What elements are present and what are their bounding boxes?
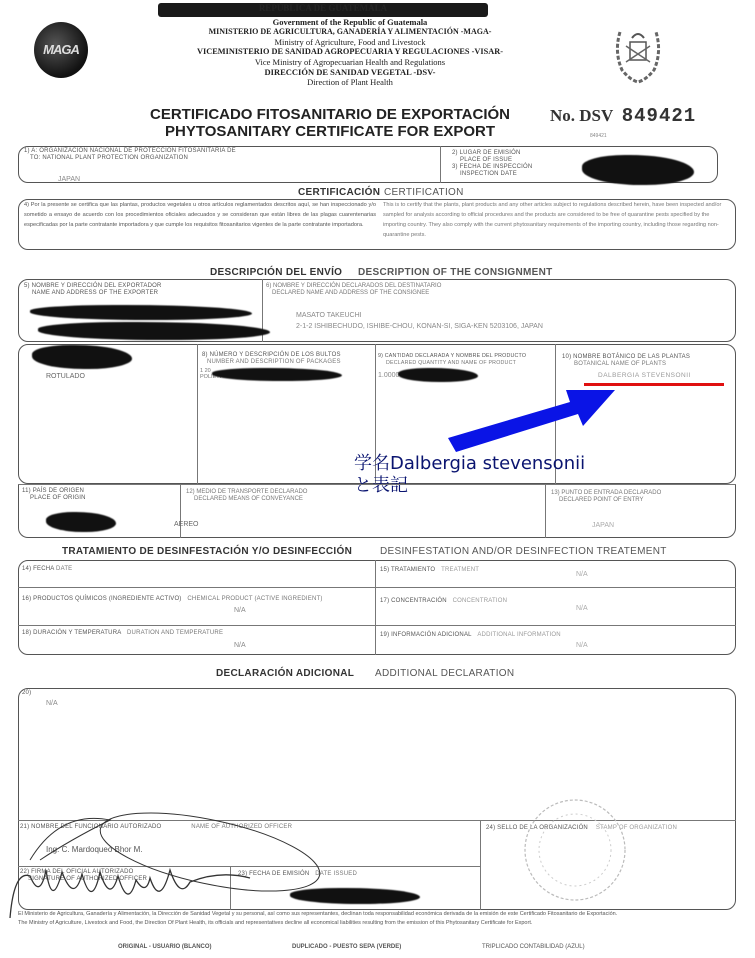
field-2-label-en: PLACE OF ISSUE [452, 157, 532, 164]
certification-text-en: This is to certify that the plants, plan… [383, 200, 731, 240]
field-13-label-en: DECLARED POINT OF ENTRY [551, 497, 661, 504]
header-country: REPÚBLICA DE GUATEMALA [158, 3, 488, 13]
field-17-label-en: CONCENTRATION [453, 598, 508, 604]
field-10-label-en: BOTANICAL NAME OF PLANTS [562, 361, 690, 368]
field-8-label-es: 8) NÚMERO Y DESCRIPCIÓN DE LOS BULTOS [202, 352, 341, 359]
redaction-field-8 [212, 368, 342, 381]
certificate-number: No. DSV 849421 [550, 105, 696, 127]
certification-title-en: CERTIFICATION [384, 187, 464, 198]
field-18-value: N/A [234, 642, 246, 649]
certification-text-es: 4) Por la presente se certifica que las … [24, 200, 376, 230]
certification-title-es: CERTIFICACIÓN [298, 187, 380, 198]
maga-logo: MAGA [34, 22, 88, 78]
field-5-label-es: 5) NOMBRE Y DIRECCIÓN DEL EXPORTADOR [24, 283, 162, 290]
field-5-label-en: NAME AND ADDRESS OF THE EXPORTER [24, 290, 162, 297]
logo-text: MAGA [34, 42, 88, 57]
field-15-label: 15) TRATAMIENTO [380, 567, 435, 573]
number-prefix: No. DSV [550, 106, 613, 125]
field-1-value: JAPAN [58, 176, 80, 183]
field-7-value: ROTULADO [46, 373, 85, 380]
field-11-label-en: PLACE OF ORIGIN [22, 495, 86, 502]
field-11-label-es: 11) PAÍS DE ORIGEN [22, 488, 86, 495]
field-19-label-en: ADDITIONAL INFORMATION [477, 632, 560, 638]
treatment-title-es: TRATAMIENTO DE DESINFESTACIÓN Y/O DESINF… [62, 546, 352, 557]
field-14-label-en: DATE [56, 566, 72, 572]
header-ministry-es: MINISTERIO DE AGRICULTURA, GANADERÍA Y A… [100, 27, 600, 37]
consignee-name: MASATO TAKEUCHI [296, 310, 543, 321]
number-small: 849421 [590, 133, 607, 139]
consignment-title-es: DESCRIPCIÓN DEL ENVÍO [210, 267, 342, 278]
copy-duplicate: DUPLICADO - PUESTO SEPA (VERDE) [292, 944, 401, 950]
field-17-value: N/A [576, 605, 588, 612]
field-13-label-es: 13) PUNTO DE ENTRADA DECLARADO [551, 490, 661, 497]
organization-stamp-icon [520, 795, 630, 905]
field-10-value: DALBERGIA STEVENSONII [598, 372, 691, 379]
field-16-value: N/A [234, 607, 246, 614]
coat-of-arms-icon [612, 22, 664, 84]
field-6-label-en: DECLARED NAME AND ADDRESS OF THE CONSIGN… [266, 290, 441, 297]
treatment-box [18, 560, 736, 655]
field-20-value: N/A [46, 700, 58, 707]
field-9-label-en: DECLARED QUANTITY AND NAME OF PRODUCT [378, 360, 526, 367]
field-1-label-es: 1) A: ORGANIZACIÓN NACIONAL DE PROTECCIÓ… [24, 148, 236, 155]
field-19-label: 19) INFORMACIÓN ADICIONAL [380, 632, 471, 638]
field-1-label-en: TO: NATIONAL PLANT PROTECTION ORGANIZATI… [24, 155, 236, 162]
title-en: PHYTOSANITARY CERTIFICATE FOR EXPORT [100, 123, 560, 140]
field-9-label-es: 9) CANTIDAD DECLARADA Y NOMBRE DEL PRODU… [378, 353, 526, 360]
field-12-value: AEREO [174, 521, 199, 528]
header-ministry-en: Ministry of Agriculture, Food and Livest… [100, 37, 600, 47]
consignee-address: 2-1-2 ISHIBECHUDO, ISHIBE-CHOU, KONAN-SI… [296, 321, 543, 332]
header-vice-es: VICEMINISTERIO DE SANIDAD AGROPECUARIA Y… [100, 47, 600, 57]
field-3-label-es: 3) FECHA DE INSPECCIÓN [452, 164, 532, 171]
footer-disclaimer-es: El Ministerio de Agricultura, Ganadería … [18, 911, 738, 918]
field-6-label-es: 6) NOMBRE Y DIRECCIÓN DECLARADOS DEL DES… [266, 283, 441, 290]
field-19-value: N/A [576, 642, 588, 649]
field-15-value: N/A [576, 571, 588, 578]
field-15-label-en: TREATMENT [441, 567, 479, 573]
redaction-origin [46, 512, 116, 532]
annotation-line-1: 学名Dalbergia stevensonii [354, 453, 585, 475]
header-direction-en: Direction of Plant Health [100, 77, 600, 87]
field-10-label-es: 10) NOMBRE BOTÁNICO DE LAS PLANTAS [562, 354, 690, 361]
copy-triplicate: TRIPLICADO CONTABILIDAD (AZUL) [482, 944, 585, 950]
field-3-label-en: INSPECTION DATE [452, 171, 532, 178]
annotation-arrow-icon [440, 380, 620, 460]
signature-scribble-icon [0, 800, 340, 920]
field-12-label-en: DECLARED MEANS OF CONVEYANCE [186, 496, 307, 503]
number-value: 849421 [622, 105, 696, 127]
field-20-label: 20) [22, 690, 31, 697]
consignment-title-en: DESCRIPTION OF THE CONSIGNMENT [358, 267, 553, 278]
field-16-label-en: CHEMICAL PRODUCT (ACTIVE INGREDIENT) [187, 596, 322, 602]
redaction-field-7 [32, 345, 132, 369]
additional-title-en: ADDITIONAL DECLARATION [375, 668, 514, 679]
field-17-label: 17) CONCENTRACIÓN [380, 598, 447, 604]
field-2-label-es: 2) LUGAR DE EMISIÓN [452, 150, 532, 157]
footer-disclaimer-en: The Ministry of Agriculture, Livestock a… [18, 920, 738, 927]
field-18-label: 18) DURACIÓN Y TEMPERATURA [22, 630, 121, 636]
copy-original: ORIGINAL - USUARIO (BLANCO) [118, 944, 212, 950]
additional-title-es: DECLARACIÓN ADICIONAL [216, 668, 354, 679]
header-direction-es: DIRECCIÓN DE SANIDAD VEGETAL -DSV- [100, 67, 600, 77]
field-13-value: JAPAN [592, 522, 614, 529]
field-16-label: 16) PRODUCTOS QUÍMICOS (INGREDIENTE ACTI… [22, 596, 182, 602]
treatment-title-en: DESINFESTATION AND/OR DESINFECTION TREAT… [380, 546, 667, 557]
field-8-label-en: NUMBER AND DESCRIPTION OF PACKAGES [202, 359, 341, 366]
header-vice-en: Vice Ministry of Agropecuarian Health an… [100, 57, 600, 67]
field-14-label: 14) FECHA [22, 566, 54, 572]
field-12-label-es: 12) MEDIO DE TRANSPORTE DECLARADO [186, 489, 307, 496]
field-18-label-en: DURATION AND TEMPERATURE [127, 630, 223, 636]
header-government: Government of the Republic of Guatemala [100, 17, 600, 27]
title-es: CERTIFICADO FITOSANITARIO DE EXPORTACIÓN [100, 106, 560, 123]
